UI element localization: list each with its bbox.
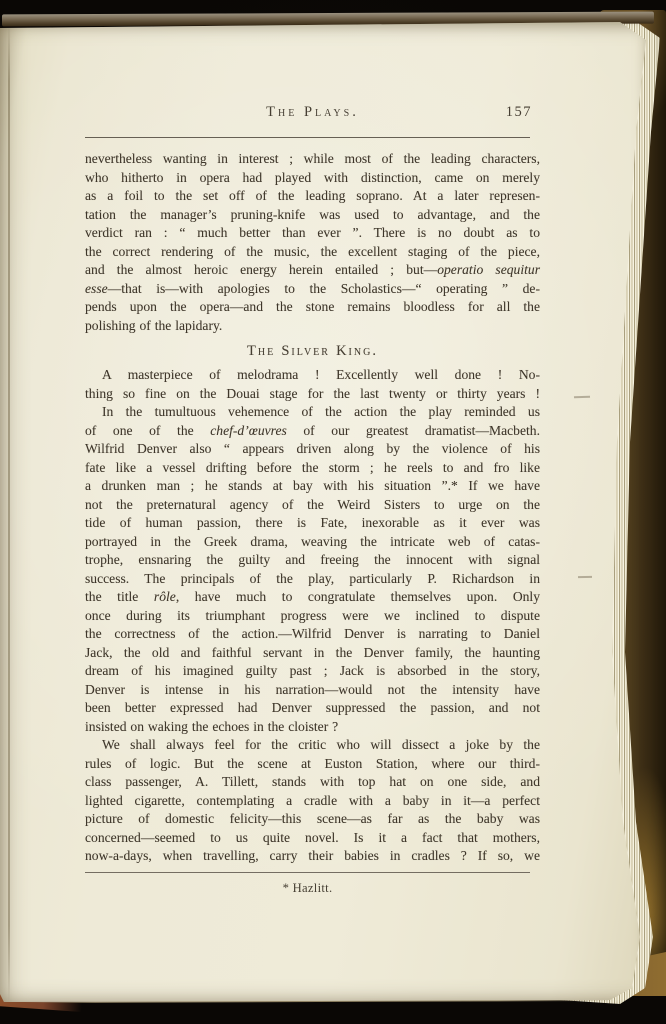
text-line: insisted on waking the echoes in the clo… xyxy=(85,718,540,737)
paragraph: A masterpiece of melodrama ! Excellently… xyxy=(85,366,540,403)
running-header: The Plays. 157 xyxy=(85,102,540,122)
text-line: success. The principals of the play, par… xyxy=(85,570,540,589)
text-line: tation the manager’s pruning-knife was u… xyxy=(85,206,540,225)
paragraph: In the tumultuous vehemence of the actio… xyxy=(85,403,540,736)
text-line: not the preternatural agency of the Weir… xyxy=(85,496,540,515)
paragraph: nevertheless wanting in interest ; while… xyxy=(85,150,540,335)
pencil-mark xyxy=(578,576,592,578)
paragraph: We shall always feel for the critic who … xyxy=(85,736,540,866)
text-line: esse—that is—with apologies to the Schol… xyxy=(85,280,540,299)
text-line: the correct rendering of the music, the … xyxy=(85,243,540,262)
text-flow: nevertheless wanting in interest ; while… xyxy=(85,150,540,866)
text-line: We shall always feel for the critic who … xyxy=(85,736,540,755)
footnote-text: * Hazlitt. xyxy=(85,873,530,896)
text-line: pends upon the opera—and the stone remai… xyxy=(85,298,540,317)
page-number: 157 xyxy=(506,102,532,122)
text-line: once during its triumphant progress were… xyxy=(85,607,540,626)
text-line: been better expressed had Denver suppres… xyxy=(85,699,540,718)
text-line: thing so fine on the Douai stage for the… xyxy=(85,385,540,404)
book-photo: { "scene": { "description_colors": { "ba… xyxy=(0,0,666,1024)
text-line: now-a-days, when travelling, carry their… xyxy=(85,847,540,866)
text-line: as a foil to the set off of the leading … xyxy=(85,187,540,206)
text-line: who hitherto in opera had played with di… xyxy=(85,169,540,188)
text-line: picture of domestic felicity—this scene—… xyxy=(85,810,540,829)
gutter-crease xyxy=(8,22,10,1004)
footnote-block: * Hazlitt. xyxy=(85,872,530,896)
header-rule xyxy=(85,137,530,138)
text-line: rules of logic. But the scene at Euston … xyxy=(85,755,540,774)
text-line: class passenger, A. Tillett, stands with… xyxy=(85,773,540,792)
text-line: the correctness of the action.—Wilfrid D… xyxy=(85,625,540,644)
text-line: and the almost heroic energy herein enta… xyxy=(85,261,540,280)
text-line: dream of his imagined guilty past ; Jack… xyxy=(85,662,540,681)
text-line: Denver is intense in his narration—would… xyxy=(85,681,540,700)
section-heading: The Silver King. xyxy=(85,341,540,361)
book-page: The Plays. 157 nevertheless wanting in i… xyxy=(0,22,648,1004)
text-line: the title rôle, have much to congratulat… xyxy=(85,588,540,607)
text-line: portrayed in the Greek drama, weaving th… xyxy=(85,533,540,552)
text-line: Wilfrid Denver also “ appears driven alo… xyxy=(85,440,540,459)
text-line: of one of the chef-d’œuvres of our great… xyxy=(85,422,540,441)
text-line: nevertheless wanting in interest ; while… xyxy=(85,150,540,169)
running-header-title: The Plays. xyxy=(85,102,540,122)
text-line: a drunken man ; he stands at bay with hi… xyxy=(85,477,540,496)
text-line: Jack, the old and faithful servant in th… xyxy=(85,644,540,663)
text-line: trophe, ensnaring the guilty and freeing… xyxy=(85,551,540,570)
text-line: verdict ran : “ much better than ever ”.… xyxy=(85,224,540,243)
text-line: tide of human passion, there is Fate, in… xyxy=(85,514,540,533)
text-line: lighted cigarette, contemplating a cradl… xyxy=(85,792,540,811)
text-line: In the tumultuous vehemence of the actio… xyxy=(85,403,540,422)
text-line: fate like a vessel drifting before the s… xyxy=(85,459,540,478)
text-line: polishing of the lapidary. xyxy=(85,317,540,336)
text-line: concerned—seemed to us quite novel. Is i… xyxy=(85,829,540,848)
text-line: A masterpiece of melodrama ! Excellently… xyxy=(85,366,540,385)
